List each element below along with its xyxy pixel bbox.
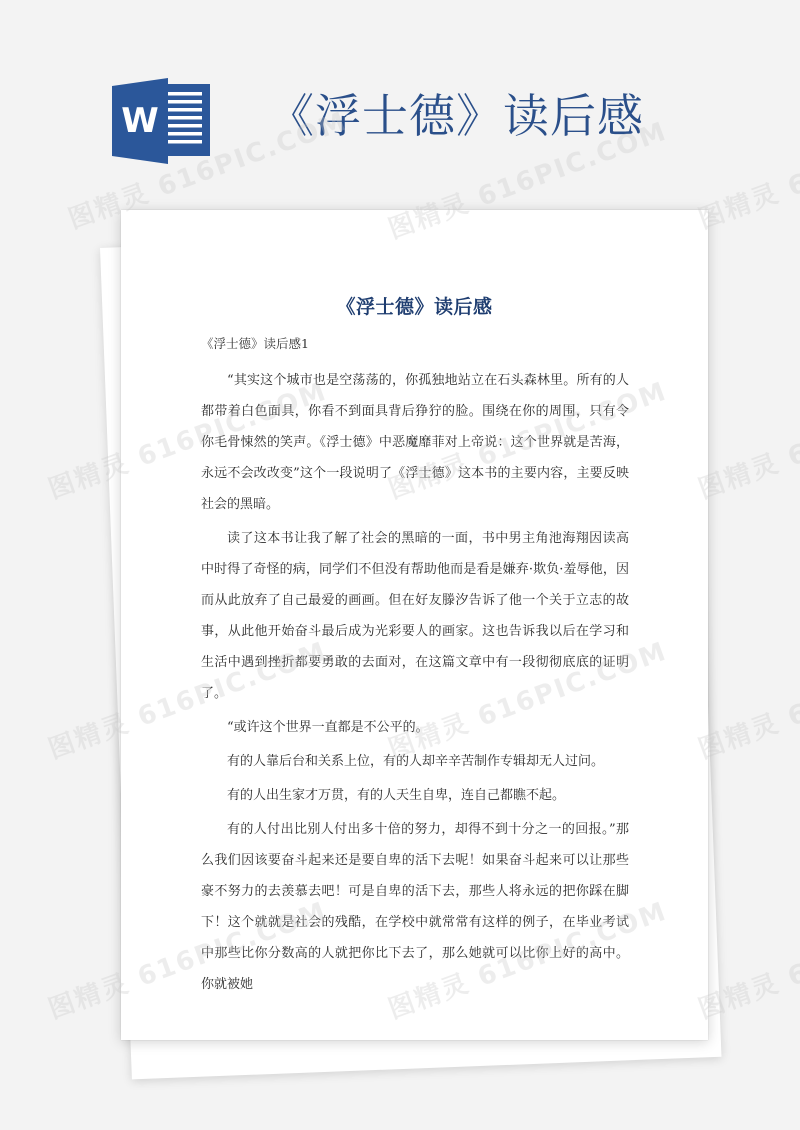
header-title: 《浮士德》读后感 [268,86,644,146]
paragraph: “或许这个世界一直都是不公平的。 [201,712,629,743]
paragraph: 有的人出生家才万贯，有的人天生自卑，连自己都瞧不起。 [201,780,629,811]
document-body: “其实这个城市也是空荡荡的，你孤独地站立在石头森林里。所有的人都带着白色面具，你… [201,365,629,1003]
paragraph: 读了这本书让我了解了社会的黑暗的一面，书中男主角池海翔因读高中时得了奇怪的病，同… [201,523,629,709]
watermark: 图精灵 616PIC.COM [693,371,800,506]
document-subtitle: 《浮士德》读后感1 [201,334,309,352]
paragraph: 有的人付出比别人付出多十倍的努力，却得不到十分之一的回报。”那么我们因该要奋斗起… [201,814,629,1000]
paragraph: “其实这个城市也是空荡荡的，你孤独地站立在石头森林里。所有的人都带着白色面具，你… [201,365,629,520]
paragraph: 有的人靠后台和关系上位，有的人却辛辛苦制作专辑却无人过问。 [201,746,629,777]
document-title: 《浮士德》读后感 [121,292,708,319]
header-banner: W 《浮士德》读后感 [0,0,800,200]
svg-text:W: W [121,101,159,141]
document-page: 《浮士德》读后感 《浮士德》读后感1 “其实这个城市也是空荡荡的，你孤独地站立在… [121,210,708,1040]
word-document-icon: W [112,78,212,164]
